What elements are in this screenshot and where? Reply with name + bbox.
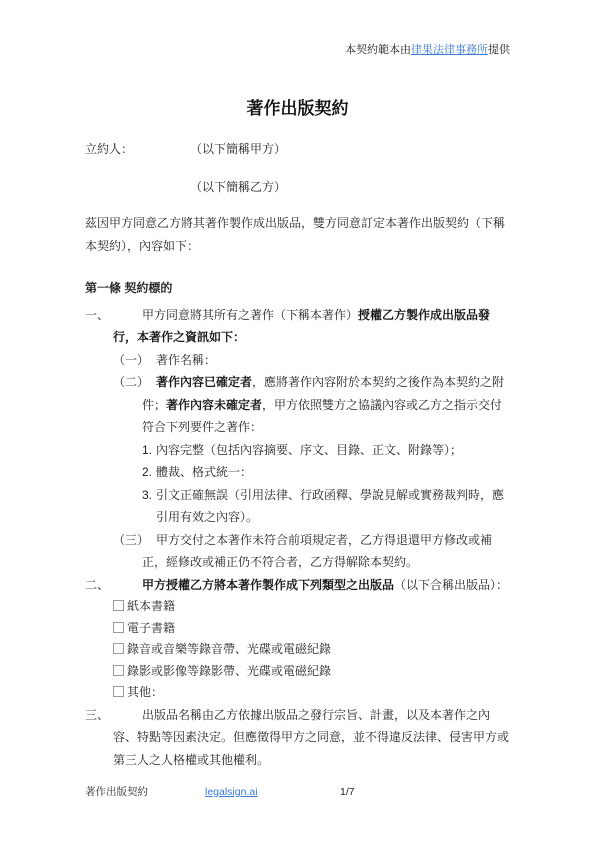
header-prefix-text: 本契約範本由	[345, 44, 411, 56]
clause-3-marker: 三、	[85, 704, 109, 727]
clause-2-marker: 二、	[85, 574, 109, 597]
footer-document-name: 著作出版契約	[85, 786, 148, 798]
sub-clause-2-marker: （二）	[113, 371, 149, 394]
requirement-2-text: 體裁、格式統一：	[156, 465, 252, 479]
sub-clause-2-bold-1: 著作內容已確定者	[156, 375, 252, 389]
requirement-1-marker: 1.	[142, 439, 152, 462]
clause-2: 二、甲方授權乙方將本著作製作成下列類型之出版品（以下合稱出版品）：	[85, 574, 510, 597]
parties-label: 立約人：	[85, 138, 190, 161]
clause-3: 三、出版品名稱由乙方依據出版品之發行宗旨、計畫，以及本著作之內容、特點等因素決定…	[85, 704, 510, 772]
publication-type-option-paper[interactable]: 紙本書籍	[85, 596, 510, 618]
publication-type-option-ebook[interactable]: 電子書籍	[85, 618, 510, 640]
document-title: 著作出版契約	[85, 97, 510, 121]
page-footer: 著作出版契約 legalsign.ai 1/7	[85, 786, 510, 799]
option-label: 錄音或音樂等錄音帶、光碟或電磁紀錄	[127, 642, 331, 656]
sub-clause-1-marker: （一）	[113, 349, 149, 372]
contract-page: 本契約範本由律果法律事務所提供 著作出版契約 立約人：（以下簡稱甲方） （以下簡…	[0, 0, 595, 842]
clause-2-text: （以下合稱出版品）：	[394, 578, 508, 592]
header-suffix-text: 提供	[488, 44, 510, 56]
law-firm-link[interactable]: 律果法律事務所	[411, 44, 488, 56]
sub-clause-3-text: 甲方交付之本著作未符合前項規定者，乙方得退還甲方修改或補正，經修改或補正仍不符合…	[142, 533, 492, 570]
option-label: 紙本書籍	[127, 599, 175, 613]
publication-type-option-other[interactable]: 其他：	[85, 682, 510, 704]
party-b-row: （以下簡稱乙方）	[85, 176, 510, 199]
checkbox-icon[interactable]	[113, 600, 124, 611]
option-label: 電子書籍	[127, 621, 175, 635]
clause-1-marker: 一、	[85, 304, 109, 327]
publication-type-option-video[interactable]: 錄影或影像等錄影帶、光碟或電磁紀錄	[85, 661, 510, 683]
sub-clause-3: （三）甲方交付之本著作未符合前項規定者，乙方得退還甲方修改或補正，經修改或補正仍…	[85, 529, 510, 574]
sub-clause-1: （一）著作名稱：	[85, 349, 510, 372]
clause-3-text: 出版品名稱由乙方依據出版品之發行宗旨、計畫，以及本著作之內容、特點等因素決定。但…	[113, 708, 509, 767]
requirement-2-marker: 2.	[142, 461, 152, 484]
sub-clause-2-bold-2: 著作內容未確定者	[166, 398, 262, 412]
requirement-3-marker: 3.	[142, 484, 152, 507]
clause-1-text: 甲方同意將其所有之著作（下稱本著作）	[142, 308, 358, 322]
publication-type-option-audio[interactable]: 錄音或音樂等錄音帶、光碟或電磁紀錄	[85, 639, 510, 661]
requirement-item-1: 1.內容完整（包括內容摘要、序文、目錄、正文、附錄等）；	[85, 439, 510, 462]
requirement-1-text: 內容完整（包括內容摘要、序文、目錄、正文、附錄等）；	[156, 443, 462, 457]
requirement-item-3: 3.引文正確無誤（引用法律、行政函釋、學說見解或實務裁判時，應引用有效之內容）。	[85, 484, 510, 529]
checkbox-icon[interactable]	[113, 622, 124, 633]
option-label: 錄影或影像等錄影帶、光碟或電磁紀錄	[127, 664, 331, 678]
party-b-alias: （以下簡稱乙方）	[190, 180, 286, 194]
clause-2-bold-text: 甲方授權乙方將本著作製作成下列類型之出版品	[142, 578, 394, 592]
checkbox-icon[interactable]	[113, 643, 124, 654]
requirement-3-text: 引文正確無誤（引用法律、行政函釋、學說見解或實務裁判時，應引用有效之內容）。	[156, 488, 504, 525]
checkbox-icon[interactable]	[113, 686, 124, 697]
page-number: 1/7	[340, 786, 355, 799]
checkbox-icon[interactable]	[113, 665, 124, 676]
party-a-row: 立約人：（以下簡稱甲方）	[85, 138, 510, 161]
sub-clause-3-marker: （三）	[113, 529, 149, 552]
document-header: 本契約範本由律果法律事務所提供	[85, 0, 510, 57]
clause-1: 一、甲方同意將其所有之著作（下稱本著作）授權乙方製作成出版品發行，本著作之資訊如…	[85, 304, 510, 349]
sub-clause-1-text: 著作名稱：	[156, 353, 216, 367]
contract-preamble: 茲因甲方同意乙方將其著作製作成出版品，雙方同意訂定本著作出版契約（下稱本契約），…	[85, 212, 510, 257]
legalsign-link[interactable]: legalsign.ai	[205, 786, 258, 799]
option-label: 其他：	[127, 685, 163, 699]
sub-clause-2: （二）著作內容已確定者，應將著作內容附於本契約之後作為本契約之附件；著作內容未確…	[85, 371, 510, 439]
requirement-item-2: 2.體裁、格式統一：	[85, 461, 510, 484]
article-1-heading: 第一條 契約標的	[85, 277, 510, 300]
party-a-alias: （以下簡稱甲方）	[190, 142, 286, 156]
